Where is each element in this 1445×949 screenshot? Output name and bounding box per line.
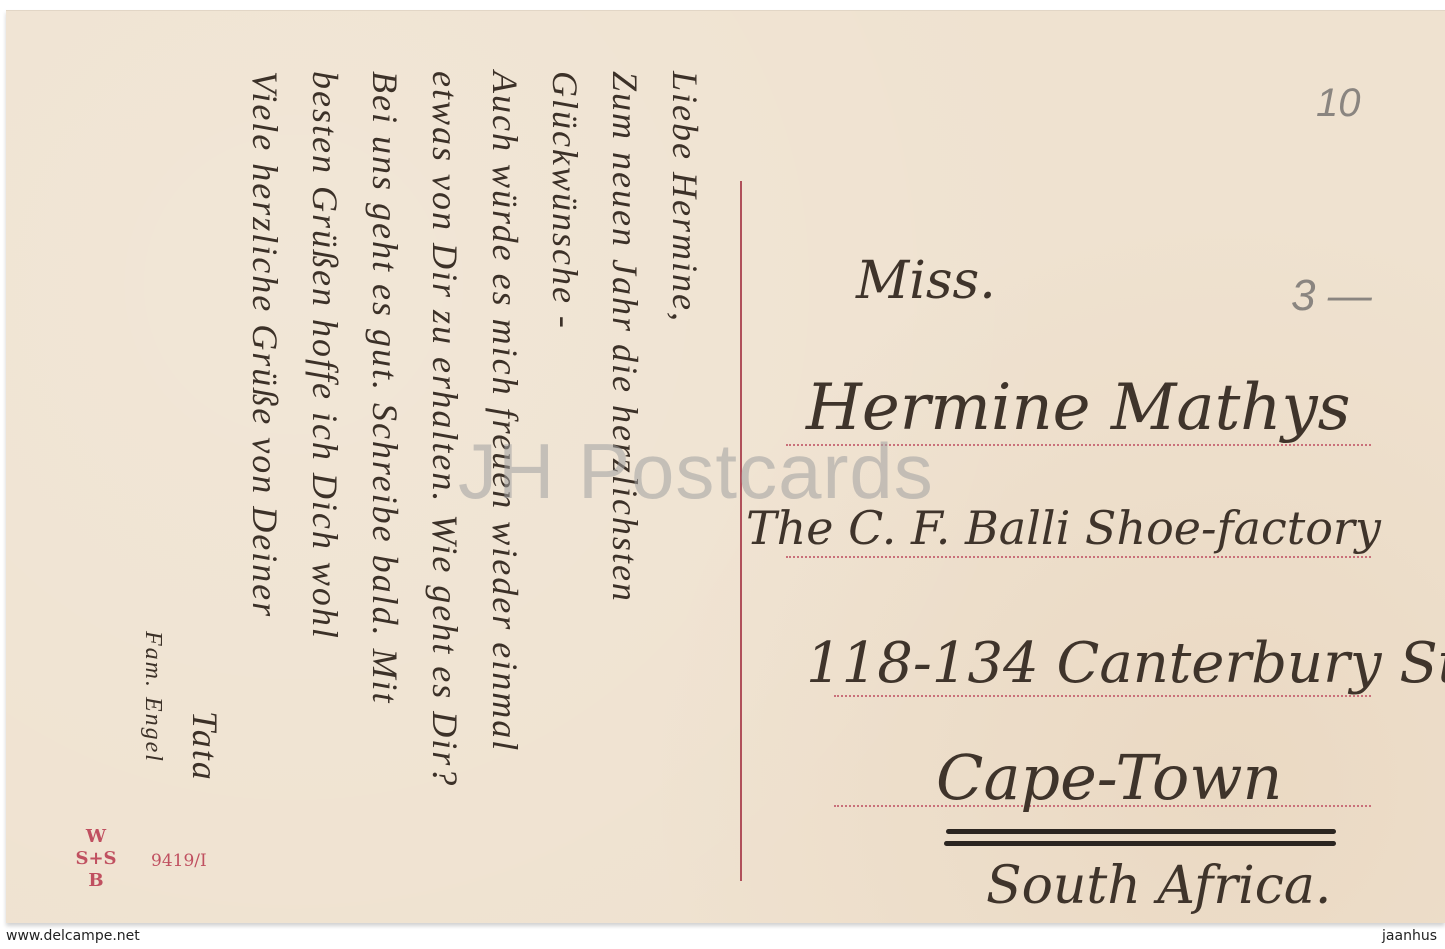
message-line: Bei uns geht es gut. Schreibe bald. Mit	[364, 71, 406, 705]
address-country: South Africa.	[986, 856, 1331, 916]
message-line: Auch würde es mich freuen wieder einmal	[484, 71, 526, 752]
postcard-back: Liebe Hermine, Zum neuen Jahr die herzli…	[6, 10, 1445, 923]
message-line: Glückwünsche -	[544, 71, 586, 330]
message-sender: Fam. Engel	[139, 631, 166, 763]
publisher-logo-row: S+S	[66, 848, 126, 870]
pencil-note-price: 10	[1316, 81, 1361, 126]
center-divider	[740, 181, 742, 881]
publisher-logo-letter: S	[104, 848, 117, 869]
pencil-note-code: 3 —	[1291, 271, 1372, 321]
publisher-logo-letter: W	[66, 826, 126, 848]
address-salutation: Miss.	[856, 251, 996, 311]
message-signature: Tata	[184, 711, 226, 782]
address-line-2	[786, 556, 1371, 558]
watermark-delcampe: www.delcampe.net	[6, 928, 140, 944]
publisher-number: 9419/I	[151, 851, 207, 871]
publisher-logo-letter: B	[66, 870, 126, 892]
watermark-jaanhus: jaanhus	[1382, 928, 1437, 944]
publisher-logo: W S+S B	[66, 826, 126, 906]
watermark-jh-postcards: JH Postcards	[458, 426, 934, 517]
address-city: Cape-Town	[936, 741, 1282, 814]
city-underline	[946, 829, 1336, 834]
address-street: 118-134 Canterbury Street	[806, 631, 1445, 696]
message-line: Viele herzliche Grüße von Deiner	[244, 71, 286, 618]
message-line: Zum neuen Jahr die herzlichsten	[604, 71, 646, 603]
publisher-logo-cross: +	[88, 848, 103, 869]
message-line: besten Grüßen hoffe ich Dich wohl	[304, 71, 346, 640]
publisher-logo-letter: S	[75, 848, 88, 869]
message-line: Liebe Hermine,	[664, 71, 706, 323]
city-underline	[944, 841, 1336, 846]
